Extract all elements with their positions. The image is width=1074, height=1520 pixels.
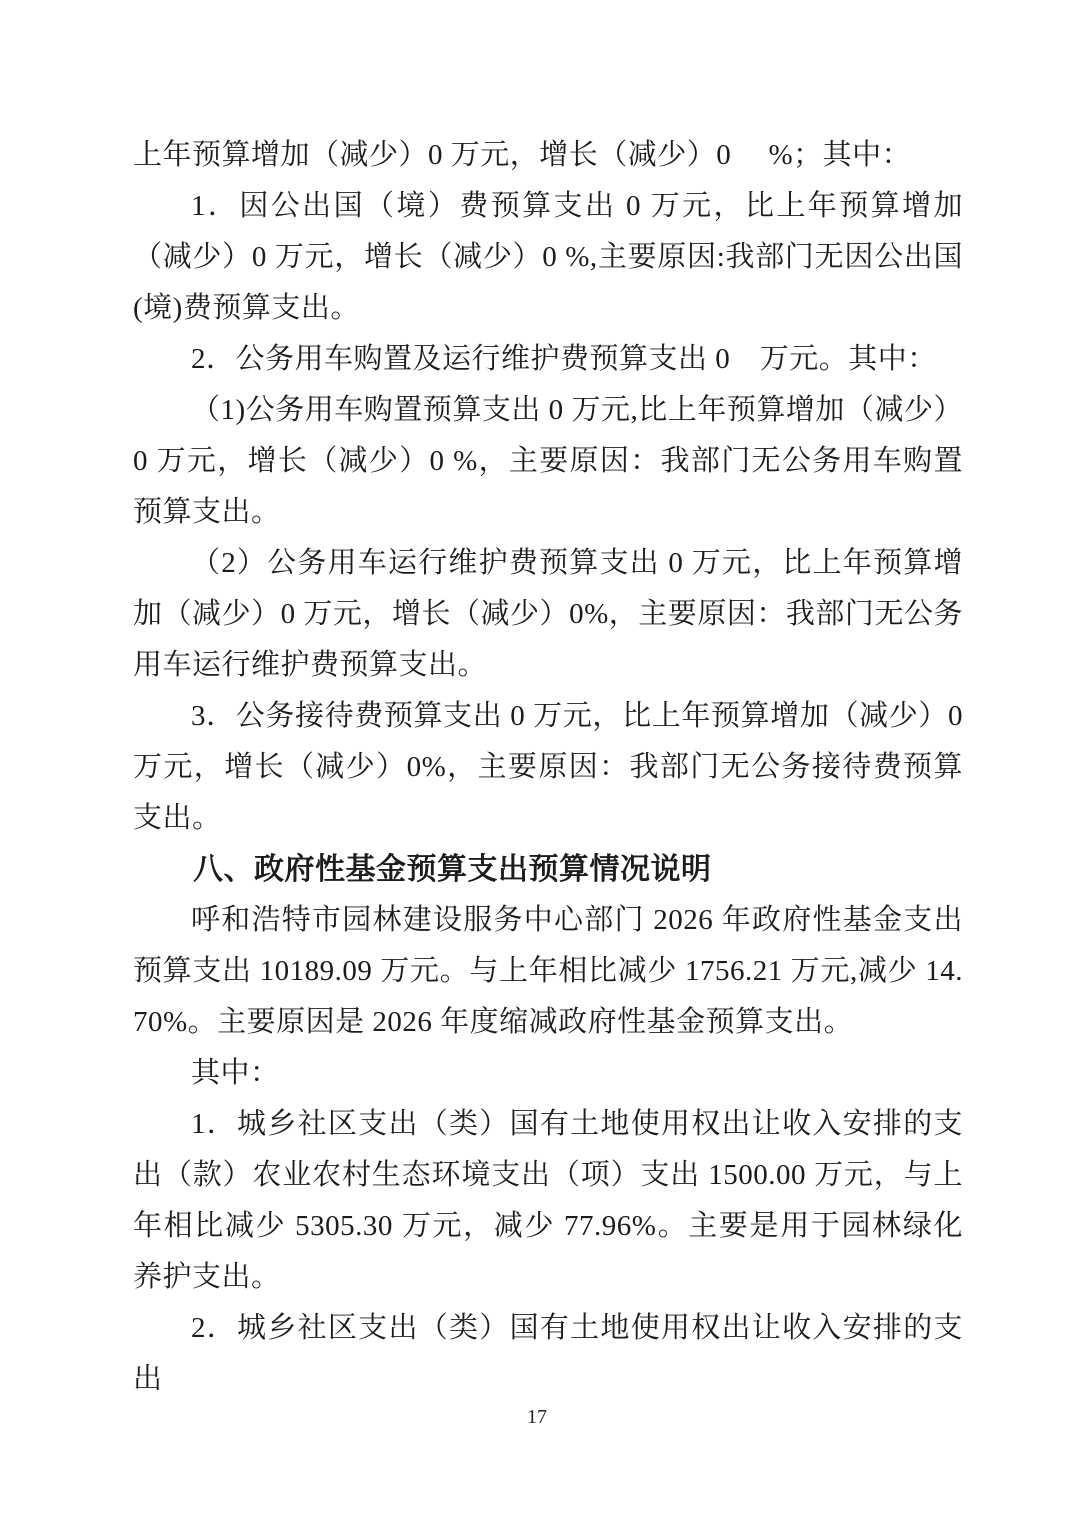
- paragraph-item-1-abroad-expense: 1．因公出国（境）费预算支出 0 万元，比上年预算增加（减少）0 万元，增长（减…: [133, 181, 963, 334]
- paragraph-continuation: 上年预算增加（减少）0 万元，增长（减少）0 %；其中：: [133, 130, 963, 181]
- paragraph-subitem-2-vehicle-maintenance: （2）公务用车运行维护费预算支出 0 万元，比上年预算增加（减少）0 万元，增长…: [133, 538, 963, 691]
- paragraph-fund-budget-summary: 呼和浩特市园林建设服务中心部门 2026 年政府性基金支出预算支出 10189.…: [133, 895, 963, 1048]
- paragraph-among-which: 其中：: [133, 1048, 963, 1099]
- paragraph-item-2-vehicle-expense: 2．公务用车购置及运行维护费预算支出 0 万元。其中：: [133, 334, 963, 385]
- paragraph-fund-item-1-urban-rural-community: 1．城乡社区支出（类）国有土地使用权出让收入安排的支出（款）农业农村生态环境支出…: [133, 1099, 963, 1303]
- page-number: 17: [0, 1406, 1074, 1429]
- paragraph-item-3-reception-expense: 3．公务接待费预算支出 0 万元，比上年预算增加（减少）0 万元，增长（减少）0…: [133, 691, 963, 844]
- paragraph-subitem-1-vehicle-purchase: （1)公务用车购置预算支出 0 万元,比上年预算增加（减少）0 万元，增长（减少…: [133, 385, 963, 538]
- document-page: 上年预算增加（减少）0 万元，增长（减少）0 %；其中： 1．因公出国（境）费预…: [0, 0, 1074, 1520]
- section-heading-government-fund-budget: 八、政府性基金预算支出预算情况说明: [133, 844, 963, 895]
- paragraph-fund-item-2-urban-rural-community: 2．城乡社区支出（类）国有土地使用权出让收入安排的支出: [133, 1303, 963, 1405]
- page-content: 上年预算增加（减少）0 万元，增长（减少）0 %；其中： 1．因公出国（境）费预…: [133, 130, 963, 1405]
